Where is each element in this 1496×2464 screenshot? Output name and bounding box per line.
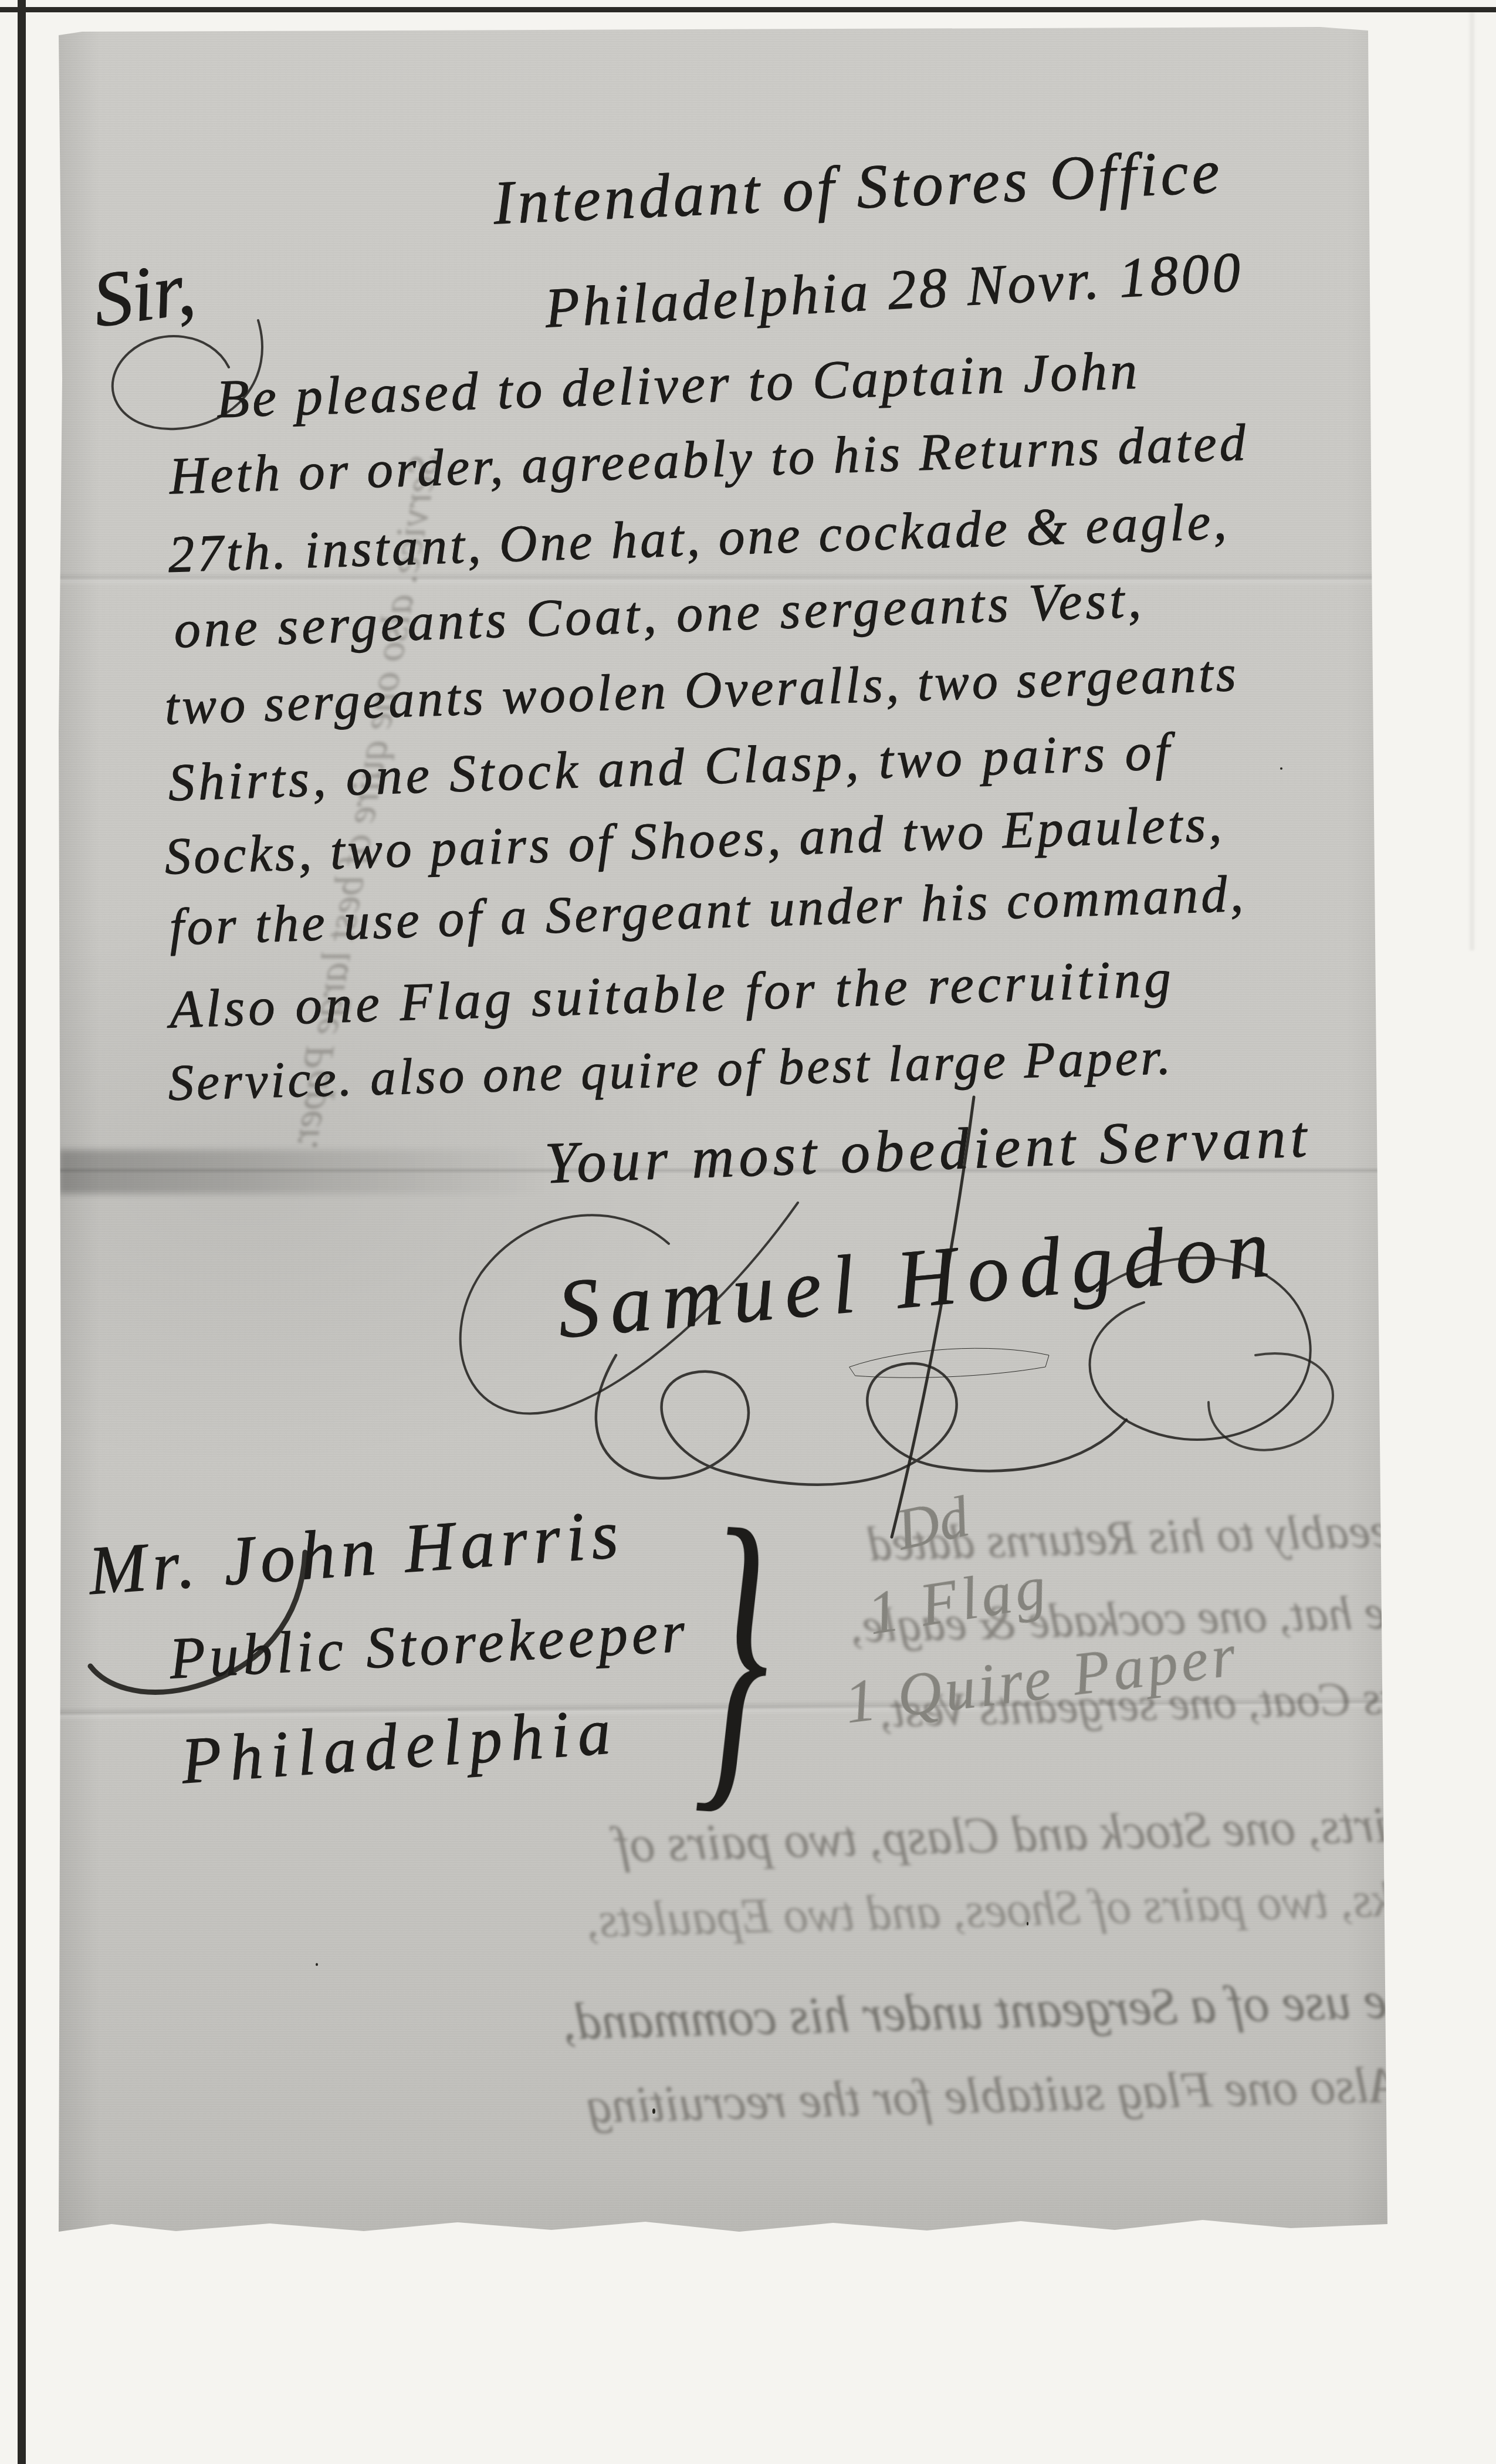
bleed-through-line: for the use of a Sergeant under his comm… bbox=[563, 1968, 1496, 2052]
scan-border-left bbox=[18, 0, 26, 2464]
letterhead-office-line: Intendant of Stores Office bbox=[492, 136, 1224, 239]
document-page: Heth or order, agreeably to his Returns … bbox=[59, 27, 1387, 2250]
paper-speck bbox=[1027, 1922, 1028, 1925]
bleed-through-line: Socks, two pairs of Shoes, and two Epaul… bbox=[586, 1869, 1466, 1949]
paper-speck bbox=[1280, 767, 1282, 770]
body-line: Heth or order, agreeably to his Returns … bbox=[168, 412, 1249, 506]
scanner-streak bbox=[1470, 12, 1474, 950]
scanned-letter-page: { "letterhead": { "office_line": "Intend… bbox=[0, 0, 1496, 2464]
letterhead-place-date-line: Philadelphia 28 Novr. 1800 bbox=[543, 239, 1244, 340]
recipient-brace: } bbox=[693, 1476, 771, 1826]
bleed-through-line: Also one Flag suitable for the recruitin… bbox=[586, 2055, 1401, 2135]
body-line: Be pleased to deliver to Captain John bbox=[215, 339, 1140, 429]
paper-speck bbox=[316, 1963, 318, 1966]
scan-border-top bbox=[0, 7, 1496, 12]
body-line: 27th. instant, One hat, one cockade & ea… bbox=[167, 492, 1230, 585]
body-line: two sergeants woolen Overalls, two serge… bbox=[164, 644, 1240, 736]
paper-speck bbox=[652, 2108, 655, 2114]
